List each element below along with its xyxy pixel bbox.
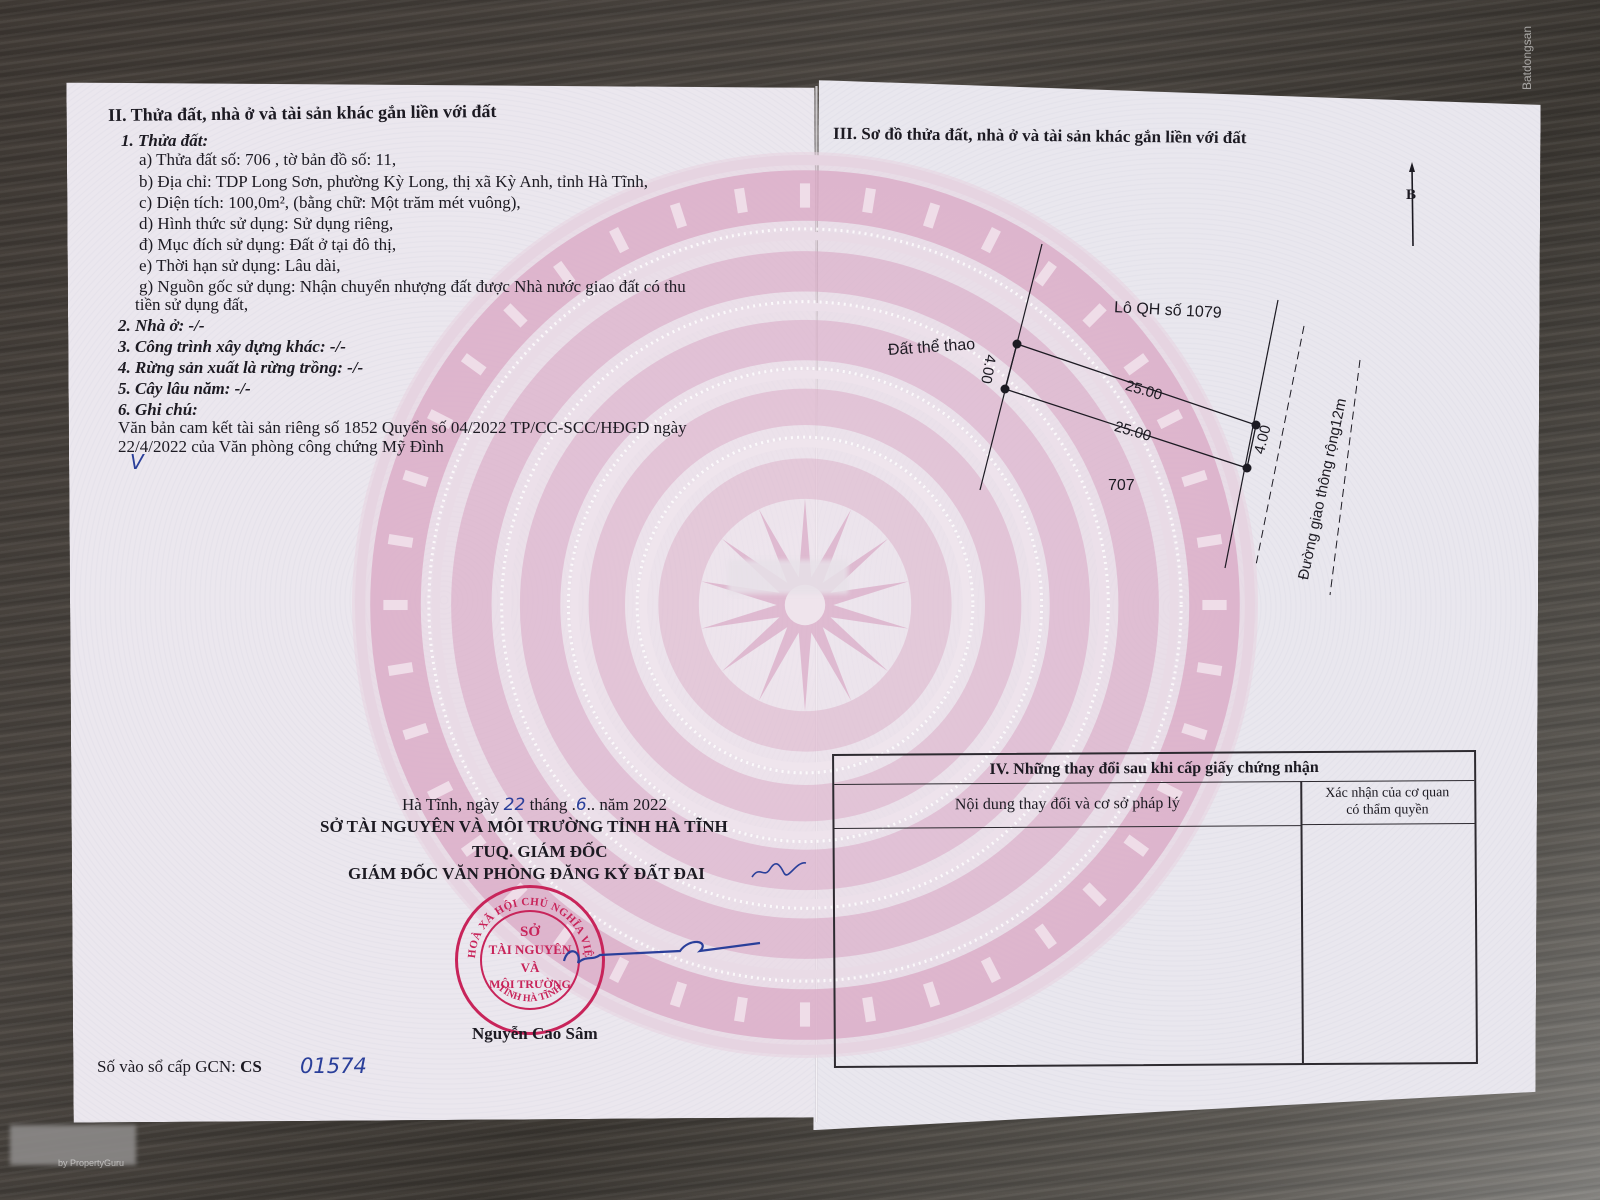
handwritten-month: 6 [576, 795, 587, 815]
parcel-item: b) Địa chỉ: TDP Long Sơn, phường Kỳ Long… [139, 173, 648, 190]
note-line: 22/4/2022 của Văn phòng công chứng Mỹ Đì… [118, 438, 444, 455]
stamp-line-4: MÔI TRƯỜNG [458, 977, 602, 992]
initials-scribble [750, 855, 810, 885]
handwritten-registry-number: 01574 [300, 1056, 367, 1077]
note-line: Văn bản cam kết tài sản riêng số 1852 Qu… [118, 419, 687, 436]
changes-table-col-confirmation: Xác nhận của cơ quan có thẩm quyền [1300, 780, 1474, 825]
page-fold [815, 86, 818, 1122]
other-item: 2. Nhà ở: -/- [118, 317, 205, 334]
registry-prefix: CS [240, 1057, 262, 1076]
watermark-top-right: Batdongsan [1520, 26, 1534, 90]
parcel-item: a) Thửa đất số: 706 , tờ bản đồ số: 11, [139, 151, 396, 168]
year-suffix: .. năm 2022 [587, 795, 667, 814]
section-iii-title: III. Sơ đồ thửa đất, nhà ở và tài sản kh… [833, 125, 1247, 146]
handwritten-check-mark: V [130, 452, 144, 472]
parcel-item: g) Nguồn gốc sử dụng: Nhận chuyển nhượng… [139, 278, 686, 295]
handwritten-signature [560, 925, 770, 975]
section-ii-title: II. Thửa đất, nhà ở và tài sản khác gắn … [108, 102, 497, 124]
parcel-item: c) Diện tích: 100,0m², (bằng chữ: Một tr… [139, 194, 521, 211]
other-item: 3. Công trình xây dựng khác: -/- [118, 338, 346, 355]
signer-position: GIÁM ĐỐC VĂN PHÒNG ĐĂNG KÝ ĐẤT ĐAI [348, 865, 705, 882]
signer-name: Nguyễn Cao Sâm [472, 1025, 598, 1042]
col2-header-line-2: có thẩm quyền [1300, 801, 1474, 819]
other-item: 5. Cây lâu năm: -/- [118, 380, 251, 397]
month-prefix: tháng . [525, 795, 576, 814]
registry-label: Số vào sổ cấp GCN: [97, 1057, 240, 1076]
other-item: 6. Ghi chú: [118, 401, 198, 418]
parcel-item: tiền sử dụng đất, [135, 296, 248, 313]
registry-number: Số vào sổ cấp GCN: CS [97, 1058, 262, 1075]
watermark-bottom-left: by PropertyGuru [58, 1158, 124, 1168]
col2-header-line-1: Xác nhận của cơ quan [1300, 784, 1474, 802]
place-date: Hà Tĩnh, ngày 22 tháng .6.. năm 2022 [402, 796, 667, 814]
parcel-item: e) Thời hạn sử dụng: Lâu dài, [139, 257, 341, 274]
changes-table-col-content: Nội dung thay đổi và cơ sở pháp lý [834, 781, 1300, 829]
on-behalf-title: TUQ. GIÁM ĐỐC [472, 843, 608, 860]
changes-confirmation-cell [1302, 824, 1475, 1063]
handwritten-day: 22 [504, 795, 526, 815]
issuing-agency: SỞ TÀI NGUYÊN VÀ MÔI TRƯỜNG TỈNH HÀ TĨNH [320, 818, 728, 835]
parcel-item: đ) Mục đích sử dụng: Đất ở tại đô thị, [139, 236, 396, 253]
neighbor-south-label: 707 [1108, 478, 1135, 494]
changes-content-cell [834, 825, 1301, 1066]
parcel-diagram [860, 230, 1440, 610]
parcel-item: d) Hình thức sử dụng: Sử dụng riêng, [139, 215, 393, 232]
north-label: B [1406, 188, 1416, 203]
place-date-prefix: Hà Tĩnh, ngày [402, 795, 504, 814]
other-item: 4. Rừng sản xuất là rừng trồng: -/- [118, 359, 363, 376]
parcel-heading: 1. Thửa đất: [121, 132, 208, 149]
changes-table: IV. Những thay đổi sau khi cấp giấy chứn… [832, 750, 1478, 1068]
redacted-area [728, 560, 848, 594]
